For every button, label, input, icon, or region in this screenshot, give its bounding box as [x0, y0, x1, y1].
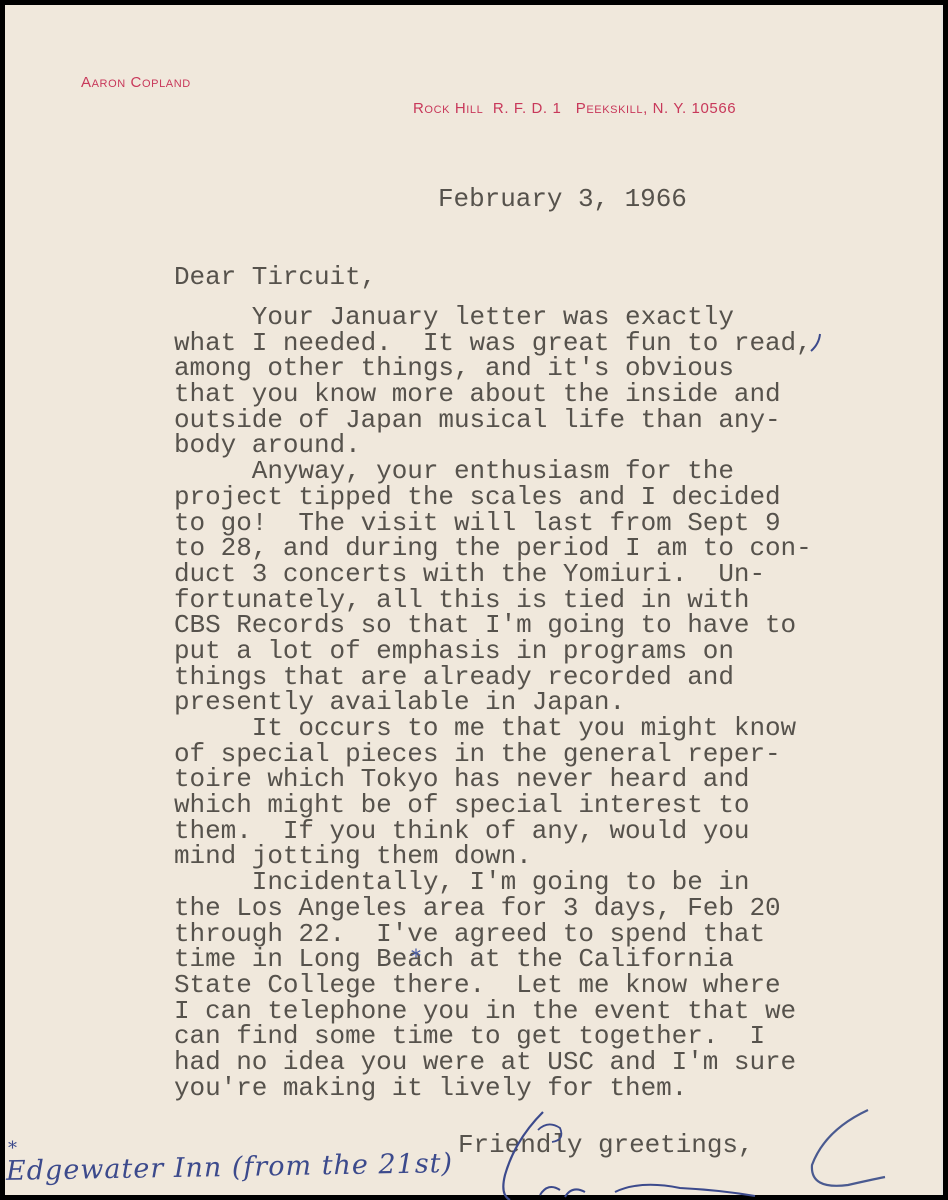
letter-line: project tipped the scales and I decided	[174, 485, 812, 511]
letter-line: duct 3 concerts with the Yomiuri. Un-	[174, 562, 812, 588]
letter-line: It occurs to me that you might know	[174, 716, 812, 742]
letter-line: put a lot of emphasis in programs on	[174, 639, 812, 665]
letter-line: Anyway, your enthusiasm for the	[174, 459, 812, 485]
letterhead-name: Aaron Copland	[81, 74, 191, 91]
letter-line: you're making it lively for them.	[174, 1076, 812, 1102]
letterhead-address: Rock Hill R. F. D. 1 Peekskill, N. Y. 10…	[413, 100, 736, 117]
letter-line: Incidentally, I'm going to be in	[174, 870, 812, 896]
letter-line: which might be of special interest to	[174, 793, 812, 819]
letter-line: State College there. Let me know where	[174, 973, 812, 999]
letter-date: February 3, 1966	[438, 187, 687, 213]
letter-line: that you know more about the inside and	[174, 382, 812, 408]
letter-line: the Los Angeles area for 3 days, Feb 20	[174, 896, 812, 922]
inline-asterisk-mark: *	[411, 944, 421, 968]
letter-body: Your January letter was exactlywhat I ne…	[174, 305, 812, 1101]
letter-closing: Friendly greetings,	[458, 1133, 754, 1159]
letter-line: had no idea you were at USC and I'm sure	[174, 1050, 812, 1076]
letter-line: Your January letter was exactly	[174, 305, 812, 331]
sheet-edge	[941, 5, 943, 1195]
letter-salutation: Dear Tircuit,	[174, 265, 376, 291]
